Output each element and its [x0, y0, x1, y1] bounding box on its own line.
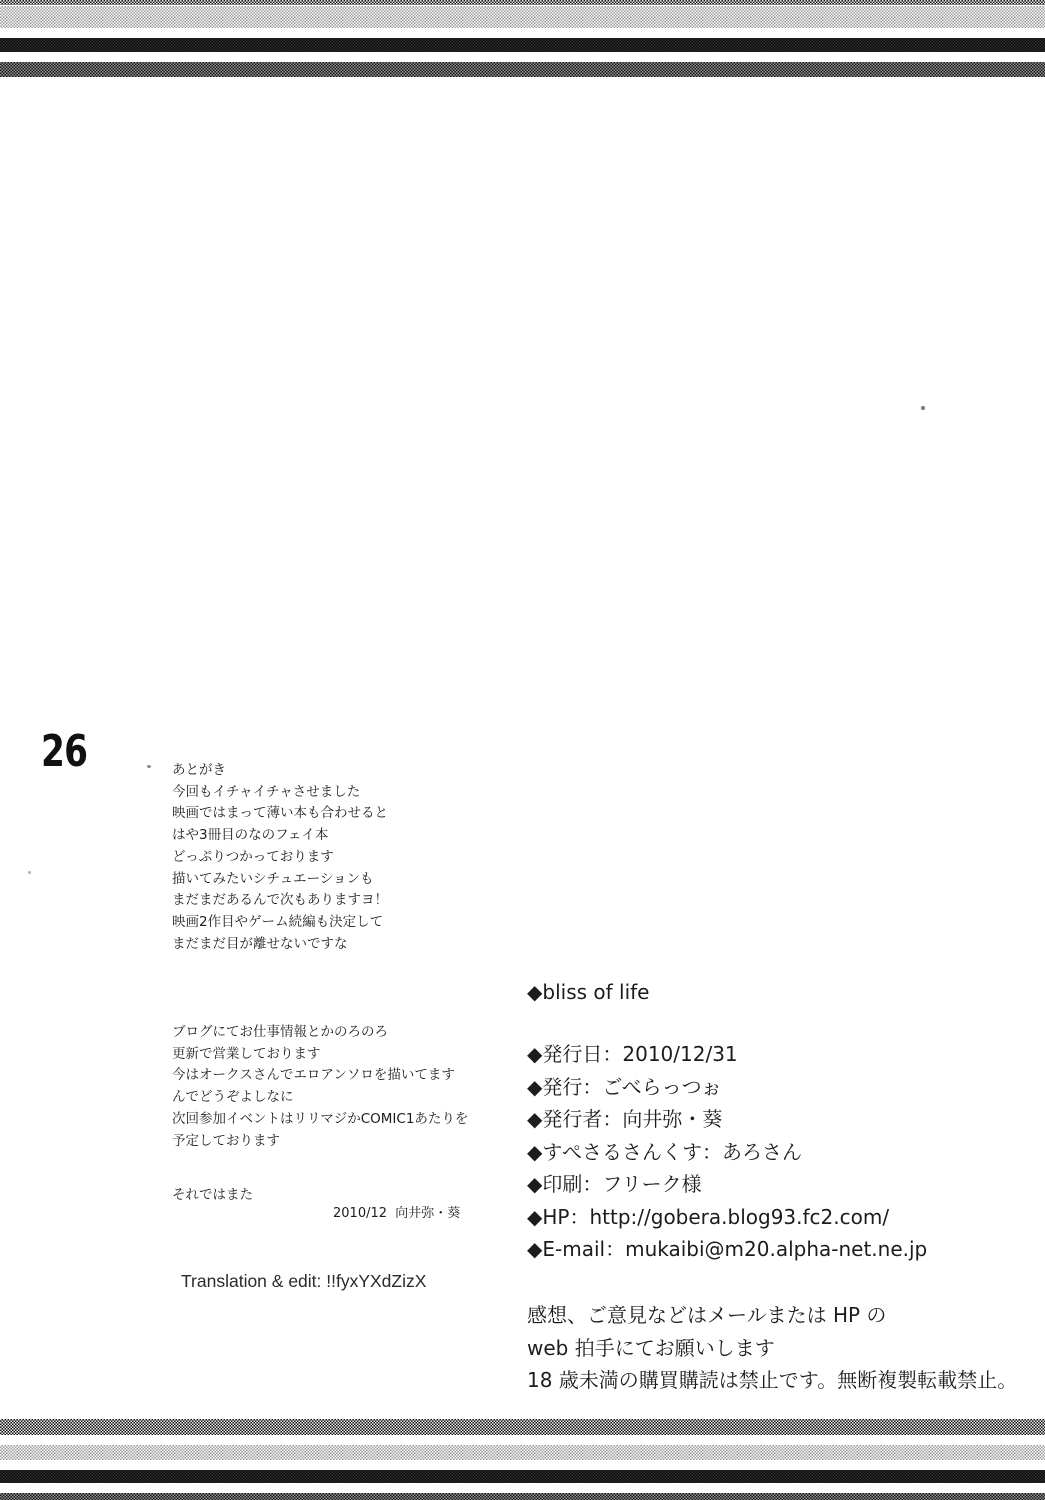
top-stripe-black — [0, 38, 1045, 52]
credit-printer: ◆印刷：フリーク様 — [527, 1168, 927, 1201]
bottom-stripe-black — [0, 1470, 1045, 1483]
top-stripe-halftone-3 — [0, 62, 1045, 77]
credit-email-address: ◆E-mail：mukaibi@m20.alpha-net.ne.jp — [527, 1233, 927, 1266]
afterword-line: 映画2作目やゲーム続編も決定して — [172, 912, 388, 934]
bottom-stripe-halftone-1 — [0, 1419, 1045, 1435]
bottom-stripe-halftone-3 — [0, 1493, 1045, 1500]
news-line: 更新で営業しております — [172, 1044, 468, 1066]
afterword-line: 今回もイチャイチャさせました — [172, 782, 388, 804]
afterword-block: あとがき 今回もイチャイチャさせました 映画ではまって薄い本も合わせると はや3… — [172, 760, 388, 955]
scan-speck — [921, 406, 925, 410]
news-line: んでどうぞよしなに — [172, 1087, 468, 1109]
afterword-line: まだまだあるんで次もありますヨ！ — [172, 890, 388, 912]
afterword-line: 描いてみたいシチュエーションも — [172, 869, 388, 891]
translation-credit: Translation & edit: !!fyxYXdZizX — [181, 1271, 426, 1292]
credit-special-thanks: ◆すぺさるさんくす：あろさん — [527, 1136, 927, 1169]
scan-speck — [28, 871, 31, 874]
credit-publish-date: ◆発行日：2010/12/31 — [527, 1038, 927, 1071]
afterword-line: 映画ではまって薄い本も合わせると — [172, 803, 388, 825]
credit-homepage-url: ◆HP：http://gobera.blog93.fc2.com/ — [527, 1201, 927, 1234]
book-title: ◆bliss of life — [527, 980, 649, 1004]
notice-line: 感想、ご意見などはメールまたは HP の — [527, 1299, 1017, 1332]
afterword-line: はや3冊目のなのフェイ本 — [172, 825, 388, 847]
doujin-afterword-page: 26 あとがき 今回もイチャイチャさせました 映画ではまって薄い本も合わせると … — [0, 0, 1045, 1500]
news-line: 予定しております — [172, 1131, 468, 1153]
credit-author: ◆発行者：向井弥・葵 — [527, 1103, 927, 1136]
notice-line: web 拍手にてお願いします — [527, 1332, 1017, 1365]
bottom-stripe-halftone-2 — [0, 1445, 1045, 1460]
page-number: 26 — [41, 726, 87, 777]
afterword-line: どっぷりつかっております — [172, 847, 388, 869]
closing-line: それではまた — [172, 1183, 253, 1203]
news-block: ブログにてお仕事情報とかのろのろ 更新で営業しております 今はオークスさんでエロ… — [172, 1022, 468, 1152]
author-signature: 2010/12 向井弥・葵 — [333, 1202, 460, 1221]
top-stripe-halftone-1 — [0, 0, 1045, 5]
notice-block: 感想、ご意見などはメールまたは HP の web 拍手にてお願いします 18 歳… — [527, 1299, 1017, 1397]
news-line: 今はオークスさんでエロアンソロを描いてます — [172, 1065, 468, 1087]
news-line: 次回参加イベントはリリマジかCOMIC1あたりを — [172, 1109, 468, 1131]
news-line: ブログにてお仕事情報とかのろのろ — [172, 1022, 468, 1044]
notice-line: 18 歳未満の購買購読は禁止です。無断複製転載禁止。 — [527, 1364, 1017, 1397]
afterword-line: まだまだ目が離せないですな — [172, 934, 388, 956]
afterword-line: あとがき — [172, 760, 388, 782]
top-stripe-halftone-2 — [0, 6, 1045, 28]
credits-block: ◆発行日：2010/12/31 ◆発行：ごべらっつぉ ◆発行者：向井弥・葵 ◆す… — [527, 1038, 927, 1266]
credit-publisher: ◆発行：ごべらっつぉ — [527, 1071, 927, 1104]
scan-speck — [147, 765, 151, 768]
